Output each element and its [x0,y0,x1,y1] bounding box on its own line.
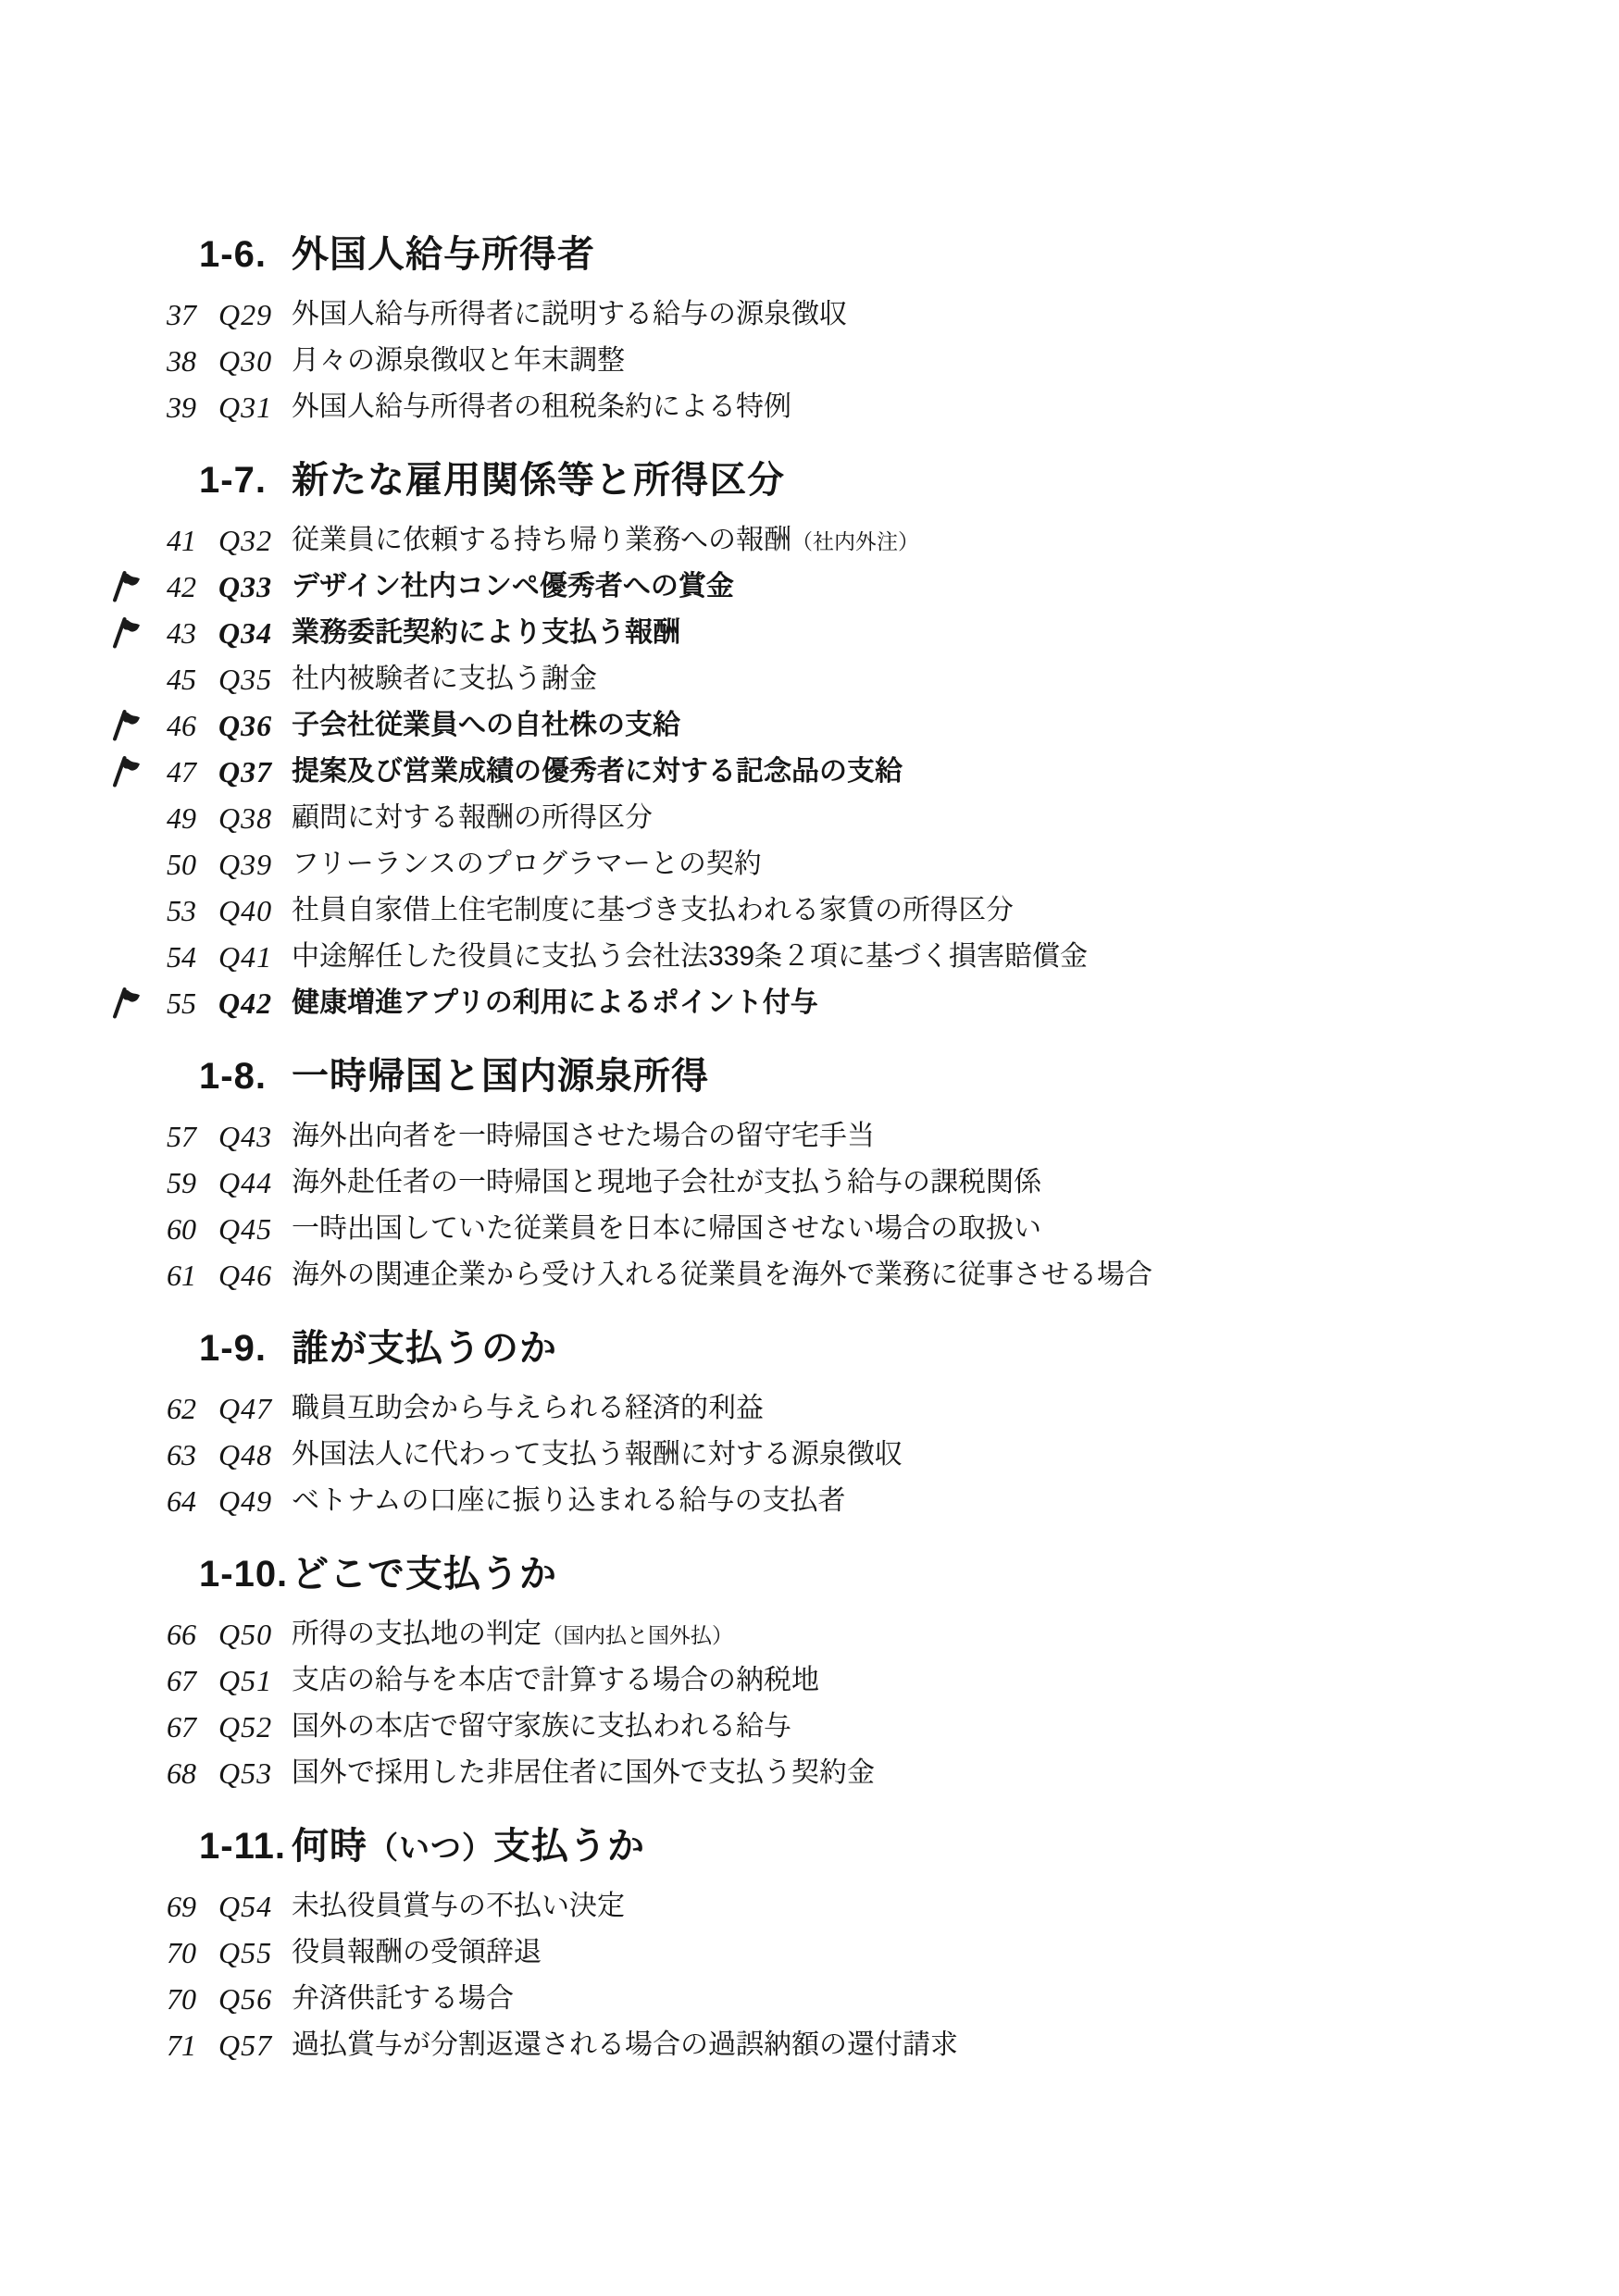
toc-entry-row: 53 Q40 社員自家借上住宅制度に基づき支払われる家賃の所得区分 [0,887,1619,934]
entry-question-number: Q54 [218,1883,272,1930]
entry-page-number: 57 [132,1113,196,1160]
entry-title-text: 業務委託契約により支払う報酬 [292,617,680,648]
entry-title: 外国人給与所得者の租税条約による特例 [292,384,791,431]
entry-title: 業務委託契約により支払う報酬 [292,610,680,657]
entry-title-text: 海外出向者を一時帰国させた場合の留守宅手当 [292,1121,875,1151]
toc-entry-row: 39 Q31 外国人給与所得者の租税条約による特例 [0,384,1619,430]
toc-entry-row: 37 Q29 外国人給与所得者に説明する給与の源泉徴収 [0,292,1619,338]
section-title: 誰が支払うのか [292,1328,557,1371]
entry-question-number: Q48 [218,1432,272,1478]
toc-entry-row: 69 Q54 未払役員賞与の不払い決定 [0,1883,1619,1930]
entry-page-number: 49 [132,795,196,841]
entry-question-number: Q43 [218,1113,272,1160]
toc-entry-row: 71 Q57 過払賞与が分割返還される場合の過誤納額の還付請求 [0,2022,1619,2068]
entry-question-number: Q34 [218,610,272,656]
entry-question-number: Q47 [218,1385,272,1432]
entry-page-number: 63 [132,1432,196,1478]
toc-entry-row: 67 Q52 国外の本店で留守家族に支払われる給与 [0,1704,1619,1750]
entry-title: 健康増進アプリの利用によるポイント付与 [292,980,818,1027]
entry-question-number: Q50 [218,1611,272,1657]
entry-page-number: 53 [132,887,196,934]
entry-title-text: 中途解任した役員に支払う会社法339条２項に基づく損害賠償金 [292,941,1088,972]
entry-question-number: Q31 [218,384,272,430]
entry-question-number: Q44 [218,1160,272,1206]
toc-entry-row: 47 Q37 提案及び営業成績の優秀者に対する記念品の支給 [0,749,1619,795]
entry-page-number: 41 [132,517,196,564]
section-title-rest: 支払うか [493,1826,645,1867]
entry-title: 月々の源泉徴収と年末調整 [292,338,625,385]
entry-title: 未払役員賞与の不払い決定 [292,1883,625,1930]
entry-question-number: Q41 [218,934,272,980]
entry-page-number: 59 [132,1160,196,1206]
entry-title-text: ベトナムの口座に振り込まれる給与の支払者 [292,1485,846,1516]
entry-page-number: 45 [132,656,196,702]
entry-title-text: 社員自家借上住宅制度に基づき支払われる家賃の所得区分 [292,895,1014,925]
entry-title-text: 未払役員賞与の不払い決定 [292,1891,625,1921]
entry-page-number: 39 [132,384,196,430]
entry-title-text: 子会社従業員への自社株の支給 [292,710,680,740]
entry-title-text: 提案及び営業成績の優秀者に対する記念品の支給 [292,756,903,787]
toc-entry-row: 63 Q48 外国法人に代わって支払う報酬に対する源泉徴収 [0,1432,1619,1478]
entry-question-number: Q52 [218,1704,272,1750]
entry-title: 提案及び営業成績の優秀者に対する記念品の支給 [292,749,903,796]
toc-section: 1-8. 一時帰国と国内源泉所得 57 Q43 海外出向者を一時帰国させた場合の… [0,1056,1619,1298]
entry-title-note: （国内払と国外払） [542,1623,733,1647]
entry-question-number: Q37 [218,749,272,795]
toc-entry-row: 59 Q44 海外赴任者の一時帰国と現地子会社が支払う給与の課税関係 [0,1160,1619,1206]
entry-page-number: 54 [132,934,196,980]
toc-entry-row: 57 Q43 海外出向者を一時帰国させた場合の留守宅手当 [0,1113,1619,1160]
entry-question-number: Q53 [218,1750,272,1796]
entry-title-text: 職員互助会から与えられる経済的利益 [292,1393,764,1423]
entry-title: ベトナムの口座に振り込まれる給与の支払者 [292,1478,846,1525]
section-title-main: 何時 [292,1826,367,1867]
entry-title: 職員互助会から与えられる経済的利益 [292,1385,764,1433]
section-title: 一時帰国と国内源泉所得 [292,1056,709,1098]
entry-question-number: Q57 [218,2022,272,2068]
entry-title-text: 外国法人に代わって支払う報酬に対する源泉徴収 [292,1439,903,1470]
entry-title: 支店の給与を本店で計算する場合の納税地 [292,1657,819,1705]
entry-title-text: 顧問に対する報酬の所得区分 [292,802,653,833]
entry-question-number: Q40 [218,887,272,934]
toc-entry-row: 55 Q42 健康増進アプリの利用によるポイント付与 [0,980,1619,1026]
entry-title-text: 月々の源泉徴収と年末調整 [292,345,625,376]
entry-page-number: 67 [132,1704,196,1750]
entry-title: 中途解任した役員に支払う会社法339条２項に基づく損害賠償金 [292,934,1088,981]
entry-page-number: 47 [132,749,196,795]
entry-title: 所得の支払地の判定（国内払と国外払） [292,1611,733,1658]
section-item-list: 37 Q29 外国人給与所得者に説明する給与の源泉徴収 38 Q30 月々の源泉… [0,292,1619,430]
section-title-main: 一時帰国と国内源泉所得 [292,1056,709,1097]
toc-entry-row: 68 Q53 国外で採用した非居住者に国外で支払う契約金 [0,1750,1619,1796]
toc-entry-row: 61 Q46 海外の関連企業から受け入れる従業員を海外で業務に従事させる場合 [0,1252,1619,1298]
entry-title: 海外出向者を一時帰国させた場合の留守宅手当 [292,1113,875,1160]
entry-title-text: 外国人給与所得者に説明する給与の源泉徴収 [292,299,847,329]
section-title: 何時（いつ）支払うか [292,1826,645,1868]
entry-title-text: 海外の関連企業から受け入れる従業員を海外で業務に従事させる場合 [292,1260,1152,1290]
entry-title: 過払賞与が分割返還される場合の過誤納額の還付請求 [292,2022,958,2069]
section-title-main: どこで支払うか [292,1554,557,1595]
entry-page-number: 42 [132,564,196,610]
entry-page-number: 62 [132,1385,196,1432]
entry-title: 顧問に対する報酬の所得区分 [292,795,653,842]
entry-title: 海外の関連企業から受け入れる従業員を海外で業務に従事させる場合 [292,1252,1152,1299]
toc-entry-row: 50 Q39 フリーランスのプログラマーとの契約 [0,841,1619,887]
entry-question-number: Q51 [218,1657,272,1704]
entry-title-text: 社内被験者に支払う謝金 [292,664,597,694]
entry-title-text: 海外赴任者の一時帰国と現地子会社が支払う給与の課税関係 [292,1167,1041,1198]
entry-title: 弁済供託する場合 [292,1976,514,2023]
section-title: どこで支払うか [292,1554,557,1596]
toc-entry-row: 41 Q32 従業員に依頼する持ち帰り業務への報酬（社内外注） [0,517,1619,564]
entry-question-number: Q32 [218,517,272,564]
toc-entry-row: 64 Q49 ベトナムの口座に振り込まれる給与の支払者 [0,1478,1619,1524]
entry-page-number: 37 [132,292,196,338]
entry-title: 国外の本店で留守家族に支払われる給与 [292,1704,791,1751]
entry-page-number: 67 [132,1657,196,1704]
entry-title-text: 外国人給与所得者の租税条約による特例 [292,391,791,422]
entry-question-number: Q55 [218,1930,272,1976]
section-number: 1-10. [199,1554,288,1595]
toc-entry-row: 70 Q55 役員報酬の受領辞退 [0,1930,1619,1976]
entry-title-text: 国外の本店で留守家族に支払われる給与 [292,1711,791,1742]
toc-entry-row: 62 Q47 職員互助会から与えられる経済的利益 [0,1385,1619,1432]
entry-question-number: Q38 [218,795,272,841]
toc-entry-row: 46 Q36 子会社従業員への自社株の支給 [0,702,1619,749]
toc-entry-row: 38 Q30 月々の源泉徴収と年末調整 [0,338,1619,384]
entry-page-number: 66 [132,1611,196,1657]
entry-page-number: 64 [132,1478,196,1524]
toc-entry-row: 70 Q56 弁済供託する場合 [0,1976,1619,2022]
toc-entry-row: 67 Q51 支店の給与を本店で計算する場合の納税地 [0,1657,1619,1704]
entry-page-number: 70 [132,1976,196,2022]
toc-entry-row: 54 Q41 中途解任した役員に支払う会社法339条２項に基づく損害賠償金 [0,934,1619,980]
entry-title-text: 支店の給与を本店で計算する場合の納税地 [292,1665,819,1695]
entry-question-number: Q35 [218,656,272,702]
entry-title-text: 一時出国していた従業員を日本に帰国させない場合の取扱い [292,1213,1041,1244]
section-title: 外国人給与所得者 [292,234,595,277]
toc-page: 1-6. 外国人給与所得者 37 Q29 外国人給与所得者に説明する給与の源泉徴… [0,0,1619,2296]
entry-title-note: （社内外注） [791,529,919,553]
entry-title: 外国法人に代わって支払う報酬に対する源泉徴収 [292,1432,903,1479]
entry-page-number: 70 [132,1930,196,1976]
entry-title-text: 役員報酬の受領辞退 [292,1937,542,1967]
entry-title: 外国人給与所得者に説明する給与の源泉徴収 [292,292,847,339]
toc-entry-row: 66 Q50 所得の支払地の判定（国内払と国外払） [0,1611,1619,1657]
entry-title: 一時出国していた従業員を日本に帰国させない場合の取扱い [292,1206,1041,1253]
entry-title-text: 国外で採用した非居住者に国外で支払う契約金 [292,1757,875,1788]
section-item-list: 69 Q54 未払役員賞与の不払い決定 70 Q55 役員報酬の受領辞退 70 … [0,1883,1619,2068]
entry-page-number: 55 [132,980,196,1026]
entry-title: 社内被験者に支払う謝金 [292,656,597,703]
entry-title-text: 過払賞与が分割返還される場合の過誤納額の還付請求 [292,2029,958,2060]
section-number: 1-7. [199,460,267,501]
toc-entry-row: 60 Q45 一時出国していた従業員を日本に帰国させない場合の取扱い [0,1206,1619,1252]
entry-title-text: 弁済供託する場合 [292,1983,514,2014]
section-heading: 1-9. 誰が支払うのか [0,1328,1619,1369]
toc-section: 1-10. どこで支払うか 66 Q50 所得の支払地の判定（国内払と国外払） … [0,1554,1619,1796]
entry-title-text: 従業員に依頼する持ち帰り業務への報酬 [292,525,791,555]
section-heading: 1-8. 一時帰国と国内源泉所得 [0,1056,1619,1097]
entry-title-text: 所得の支払地の判定 [292,1619,542,1649]
entry-page-number: 68 [132,1750,196,1796]
entry-question-number: Q39 [218,841,272,887]
entry-title: 従業員に依頼する持ち帰り業務への報酬（社内外注） [292,517,919,565]
section-title-note: （いつ） [367,1831,493,1865]
section-title-main: 外国人給与所得者 [292,234,595,275]
toc-section: 1-11. 何時（いつ）支払うか 69 Q54 未払役員賞与の不払い決定 70 … [0,1826,1619,2068]
entry-title: 国外で採用した非居住者に国外で支払う契約金 [292,1750,875,1797]
section-item-list: 62 Q47 職員互助会から与えられる経済的利益 63 Q48 外国法人に代わっ… [0,1385,1619,1524]
entry-title: デザイン社内コンペ優秀者への賞金 [292,564,734,611]
entry-page-number: 46 [132,702,196,749]
section-item-list: 66 Q50 所得の支払地の判定（国内払と国外払） 67 Q51 支店の給与を本… [0,1611,1619,1796]
entry-question-number: Q30 [218,338,272,384]
entry-question-number: Q45 [218,1206,272,1252]
section-heading: 1-11. 何時（いつ）支払うか [0,1826,1619,1867]
entry-page-number: 38 [132,338,196,384]
section-item-list: 57 Q43 海外出向者を一時帰国させた場合の留守宅手当 59 Q44 海外赴任… [0,1113,1619,1298]
entry-title-text: 健康増進アプリの利用によるポイント付与 [292,987,818,1018]
section-title-main: 新たな雇用関係等と所得区分 [292,460,785,501]
entry-question-number: Q36 [218,702,272,749]
entry-question-number: Q49 [218,1478,272,1524]
section-number: 1-6. [199,234,267,275]
entry-page-number: 50 [132,841,196,887]
entry-page-number: 43 [132,610,196,656]
entry-question-number: Q42 [218,980,272,1026]
section-number: 1-11. [199,1826,286,1867]
section-heading: 1-7. 新たな雇用関係等と所得区分 [0,460,1619,501]
section-item-list: 41 Q32 従業員に依頼する持ち帰り業務への報酬（社内外注） 42 Q33 デ… [0,517,1619,1026]
entry-page-number: 60 [132,1206,196,1252]
toc-entry-row: 43 Q34 業務委託契約により支払う報酬 [0,610,1619,656]
section-title: 新たな雇用関係等と所得区分 [292,460,785,503]
toc-entry-row: 42 Q33 デザイン社内コンペ優秀者への賞金 [0,564,1619,610]
entry-page-number: 69 [132,1883,196,1930]
entry-title-text: フリーランスのプログラマーとの契約 [292,849,762,879]
toc-entry-row: 49 Q38 顧問に対する報酬の所得区分 [0,795,1619,841]
toc-entry-row: 45 Q35 社内被験者に支払う謝金 [0,656,1619,702]
section-heading: 1-10. どこで支払うか [0,1554,1619,1595]
entry-title: フリーランスのプログラマーとの契約 [292,841,762,888]
section-heading: 1-6. 外国人給与所得者 [0,234,1619,275]
entry-question-number: Q56 [218,1976,272,2022]
entry-question-number: Q33 [218,564,272,610]
toc: 1-6. 外国人給与所得者 37 Q29 外国人給与所得者に説明する給与の源泉徴… [0,234,1619,2068]
toc-section: 1-7. 新たな雇用関係等と所得区分 41 Q32 従業員に依頼する持ち帰り業務… [0,460,1619,1026]
entry-title: 役員報酬の受領辞退 [292,1930,542,1977]
section-number: 1-9. [199,1328,267,1369]
entry-page-number: 61 [132,1252,196,1298]
section-number: 1-8. [199,1056,267,1097]
entry-title-text: デザイン社内コンペ優秀者への賞金 [292,571,734,602]
section-title-main: 誰が支払うのか [292,1328,557,1369]
entry-title: 子会社従業員への自社株の支給 [292,702,680,750]
entry-page-number: 71 [132,2022,196,2068]
entry-question-number: Q29 [218,292,272,338]
entry-title: 社員自家借上住宅制度に基づき支払われる家賃の所得区分 [292,887,1014,935]
toc-section: 1-6. 外国人給与所得者 37 Q29 外国人給与所得者に説明する給与の源泉徴… [0,234,1619,430]
toc-section: 1-9. 誰が支払うのか 62 Q47 職員互助会から与えられる経済的利益 63… [0,1328,1619,1524]
entry-title: 海外赴任者の一時帰国と現地子会社が支払う給与の課税関係 [292,1160,1041,1207]
entry-question-number: Q46 [218,1252,272,1298]
